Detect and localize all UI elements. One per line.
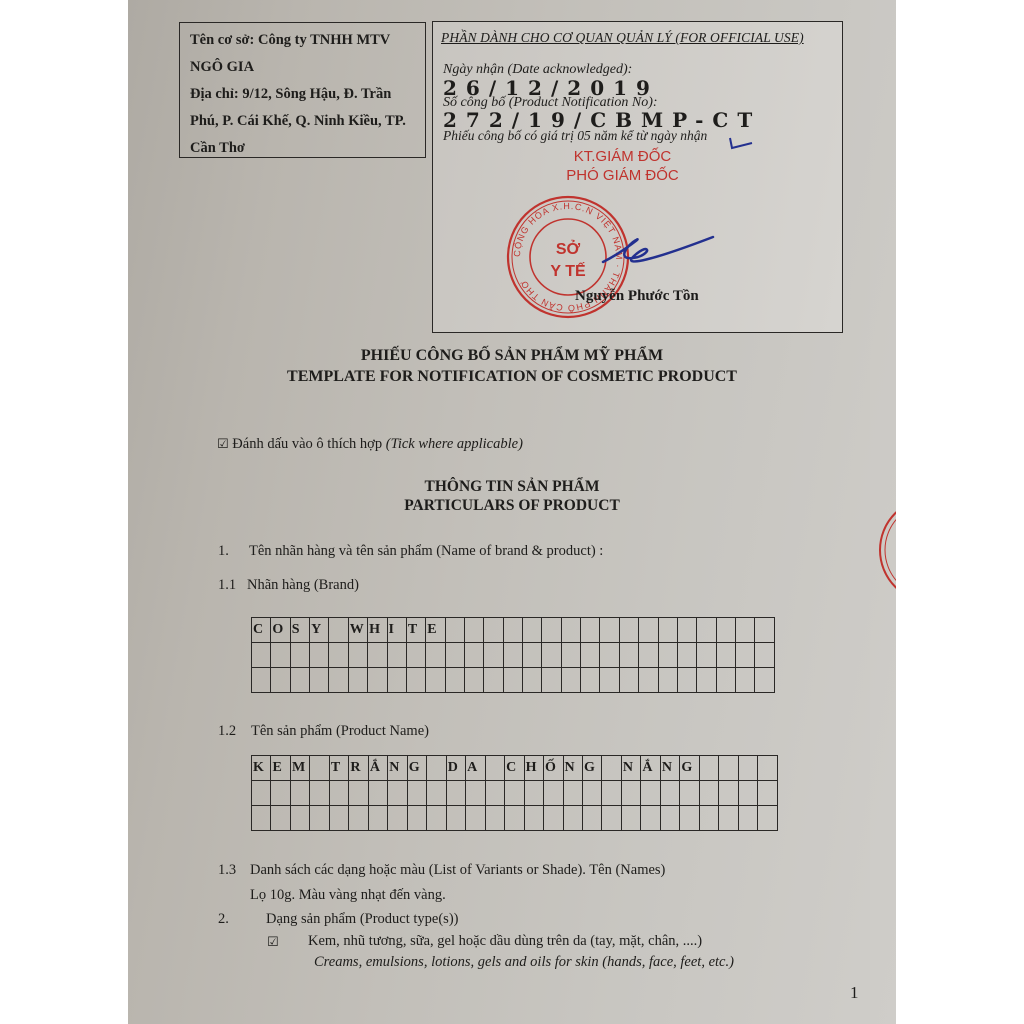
signature-title-1: KT.GIÁM ĐỐC bbox=[418, 148, 827, 165]
product-grid-cell bbox=[544, 781, 563, 806]
product-grid-cell bbox=[466, 781, 485, 806]
product-grid-cell bbox=[738, 806, 757, 831]
product-grid-cell: R bbox=[349, 756, 368, 781]
brand-grid-cell bbox=[658, 618, 677, 643]
brand-grid-cell bbox=[329, 618, 348, 643]
brand-grid-row bbox=[252, 643, 775, 668]
brand-grid-cell bbox=[252, 668, 271, 693]
brand-grid-cell bbox=[406, 668, 425, 693]
brand-grid-cell bbox=[329, 643, 348, 668]
official-use-title: PHẦN DÀNH CHO CƠ QUAN QUẢN LÝ (FOR OFFIC… bbox=[441, 30, 804, 46]
brand-grid-cell bbox=[561, 618, 580, 643]
item-1-3-value: Lọ 10g. Màu vàng nhạt đến vàng. bbox=[250, 887, 446, 904]
product-grid-cell bbox=[485, 806, 504, 831]
brand-grid-cell bbox=[600, 643, 619, 668]
brand-grid-cell bbox=[310, 643, 329, 668]
product-grid-cell bbox=[388, 781, 407, 806]
establishment-line: Cần Thơ bbox=[190, 135, 425, 162]
brand-grid-cell bbox=[348, 668, 367, 693]
brand-grid-cell bbox=[426, 668, 445, 693]
brand-grid-cell bbox=[677, 618, 696, 643]
item-1-label: Tên nhãn hàng và tên sản phẩm (Name of b… bbox=[249, 543, 603, 560]
product-grid-cell bbox=[699, 806, 718, 831]
product-grid-cell: N bbox=[563, 756, 582, 781]
brand-grid-cell bbox=[464, 643, 483, 668]
product-grid-cell bbox=[563, 781, 582, 806]
product-grid-cell: G bbox=[582, 756, 601, 781]
brand-grid-cell: W bbox=[348, 618, 367, 643]
brand-grid-cell bbox=[329, 668, 348, 693]
product-grid-cell bbox=[582, 781, 601, 806]
product-grid-row bbox=[252, 806, 778, 831]
product-grid-cell bbox=[329, 806, 348, 831]
product-grid-cell bbox=[349, 781, 368, 806]
brand-grid-cell bbox=[677, 668, 696, 693]
product-grid-cell bbox=[290, 806, 309, 831]
brand-grid-cell bbox=[697, 668, 716, 693]
brand-grid-cell bbox=[368, 668, 387, 693]
brand-grid-cell bbox=[639, 643, 658, 668]
brand-grid-cell bbox=[445, 668, 464, 693]
product-grid-cell: T bbox=[329, 756, 348, 781]
product-grid-cell bbox=[485, 781, 504, 806]
product-grid-cell bbox=[446, 781, 465, 806]
product-grid-cell bbox=[758, 781, 778, 806]
product-grid-cell bbox=[524, 806, 543, 831]
brand-grid-cell: H bbox=[368, 618, 387, 643]
product-grid-cell bbox=[738, 781, 757, 806]
brand-grid-cell bbox=[600, 668, 619, 693]
brand-grid-cell bbox=[523, 618, 542, 643]
svg-text:SỞ: SỞ bbox=[556, 239, 581, 258]
item-1-1-label: Nhãn hàng (Brand) bbox=[247, 577, 359, 594]
product-grid-cell bbox=[407, 781, 426, 806]
signature-icon bbox=[593, 222, 723, 282]
product-grid-cell bbox=[310, 806, 329, 831]
product-grid-cell bbox=[271, 781, 290, 806]
brand-grid-cell bbox=[290, 668, 309, 693]
brand-grid-cell bbox=[716, 618, 735, 643]
brand-grid-cell bbox=[387, 668, 406, 693]
product-name-grid: KEMTRẮNGDACHỐNGNẮNG bbox=[251, 755, 778, 831]
product-grid-cell bbox=[621, 806, 640, 831]
brand-grid-cell bbox=[368, 643, 387, 668]
product-grid-cell bbox=[427, 756, 446, 781]
tick-instruction-vi: Đánh dấu vào ô thích hợp bbox=[232, 436, 382, 452]
product-grid-cell: G bbox=[407, 756, 426, 781]
product-grid-cell: K bbox=[252, 756, 271, 781]
product-grid-cell bbox=[680, 781, 699, 806]
brand-grid-cell: O bbox=[271, 618, 290, 643]
product-grid-cell bbox=[602, 806, 621, 831]
brand-grid: COSYWHITE bbox=[251, 617, 775, 693]
brand-grid-cell bbox=[639, 618, 658, 643]
brand-grid-cell bbox=[503, 668, 522, 693]
brand-grid-cell bbox=[658, 643, 677, 668]
product-grid-cell bbox=[524, 781, 543, 806]
tick-instruction: ☑ Đánh dấu vào ô thích hợp (Tick where a… bbox=[217, 436, 523, 453]
brand-grid-cell bbox=[716, 668, 735, 693]
brand-grid-cell: E bbox=[426, 618, 445, 643]
item-1-2-label: Tên sản phẩm (Product Name) bbox=[251, 723, 429, 740]
brand-grid-cell bbox=[503, 643, 522, 668]
brand-grid-cell bbox=[561, 668, 580, 693]
brand-grid-cell bbox=[523, 668, 542, 693]
document-title-vi: PHIẾU CÔNG BỐ SẢN PHẨM MỸ PHẨM bbox=[128, 347, 896, 365]
product-grid-cell bbox=[660, 781, 679, 806]
product-grid-cell bbox=[368, 781, 387, 806]
product-grid-cell bbox=[719, 756, 738, 781]
brand-grid-cell bbox=[697, 643, 716, 668]
brand-grid-cell bbox=[542, 618, 561, 643]
product-grid-cell bbox=[680, 806, 699, 831]
product-grid-row bbox=[252, 781, 778, 806]
product-grid-cell bbox=[290, 781, 309, 806]
product-grid-cell bbox=[719, 781, 738, 806]
brand-grid-cell bbox=[484, 668, 503, 693]
product-grid-cell bbox=[310, 756, 329, 781]
product-grid-cell bbox=[368, 806, 387, 831]
brand-grid-cell bbox=[310, 668, 329, 693]
product-grid-cell: D bbox=[446, 756, 465, 781]
brand-grid-cell bbox=[561, 643, 580, 668]
product-type-option-vi: Kem, nhũ tương, sữa, gel hoặc dầu dùng t… bbox=[308, 933, 702, 950]
product-grid-cell bbox=[699, 756, 718, 781]
product-grid-cell bbox=[641, 806, 660, 831]
product-grid-cell: M bbox=[290, 756, 309, 781]
brand-grid-cell bbox=[658, 668, 677, 693]
product-grid-cell: Ố bbox=[544, 756, 563, 781]
product-grid-cell bbox=[758, 806, 778, 831]
product-grid-cell bbox=[252, 806, 271, 831]
brand-grid-cell bbox=[600, 618, 619, 643]
product-grid-cell bbox=[505, 781, 524, 806]
brand-grid-cell bbox=[542, 668, 561, 693]
brand-grid-cell bbox=[464, 618, 483, 643]
product-grid-cell: H bbox=[524, 756, 543, 781]
brand-grid-cell bbox=[387, 643, 406, 668]
product-grid-cell bbox=[699, 781, 718, 806]
product-grid-cell bbox=[388, 806, 407, 831]
official-use-box: PHẦN DÀNH CHO CƠ QUAN QUẢN LÝ (FOR OFFIC… bbox=[432, 21, 843, 333]
product-grid-cell: C bbox=[505, 756, 524, 781]
brand-grid-cell bbox=[523, 643, 542, 668]
product-grid-cell: E bbox=[271, 756, 290, 781]
brand-grid-cell bbox=[445, 618, 464, 643]
product-grid-cell bbox=[446, 806, 465, 831]
product-grid-cell bbox=[349, 806, 368, 831]
product-grid-cell bbox=[660, 806, 679, 831]
product-grid-cell bbox=[427, 781, 446, 806]
brand-grid-cell: C bbox=[252, 618, 271, 643]
document-title-en: TEMPLATE FOR NOTIFICATION OF COSMETIC PR… bbox=[128, 368, 896, 386]
brand-grid-cell: S bbox=[290, 618, 309, 643]
product-grid-row: KEMTRẮNGDACHỐNGNẮNG bbox=[252, 756, 778, 781]
brand-grid-cell bbox=[755, 643, 775, 668]
product-grid-cell bbox=[310, 781, 329, 806]
establishment-line: Địa chỉ: 9/12, Sông Hậu, Đ. Trần bbox=[190, 81, 425, 108]
item-1-3-label: Danh sách các dạng hoặc màu (List of Var… bbox=[250, 862, 665, 879]
brand-grid-cell bbox=[639, 668, 658, 693]
product-grid-cell bbox=[582, 806, 601, 831]
product-grid-cell bbox=[427, 806, 446, 831]
brand-grid-row: COSYWHITE bbox=[252, 618, 775, 643]
brand-grid-cell bbox=[735, 668, 754, 693]
tick-instruction-en: (Tick where applicable) bbox=[386, 436, 523, 452]
product-grid-cell bbox=[738, 756, 757, 781]
brand-grid-cell bbox=[271, 643, 290, 668]
product-grid-cell bbox=[544, 806, 563, 831]
product-grid-cell: G bbox=[680, 756, 699, 781]
product-grid-cell bbox=[329, 781, 348, 806]
product-grid-cell: N bbox=[660, 756, 679, 781]
brand-grid-cell bbox=[406, 643, 425, 668]
establishment-line: Tên cơ sở: Công ty TNHH MTV bbox=[190, 27, 425, 54]
product-grid-cell bbox=[505, 806, 524, 831]
svg-text:Y TẾ: Y TẾ bbox=[550, 261, 586, 280]
item-2-label: Dạng sản phẩm (Product type(s)) bbox=[266, 911, 458, 928]
brand-grid-cell bbox=[445, 643, 464, 668]
product-grid-cell bbox=[485, 756, 504, 781]
item-1-1-number: 1.1 bbox=[218, 577, 236, 594]
brand-grid-cell: Y bbox=[310, 618, 329, 643]
brand-grid-cell bbox=[271, 668, 290, 693]
brand-grid-cell bbox=[581, 643, 600, 668]
section-title-vi: THÔNG TIN SẢN PHẨM bbox=[128, 478, 896, 496]
product-grid-cell bbox=[719, 806, 738, 831]
signature-title-2: PHÓ GIÁM ĐỐC bbox=[418, 167, 827, 184]
establishment-line: NGÔ GIA bbox=[190, 54, 425, 81]
product-grid-cell bbox=[271, 806, 290, 831]
item-2-number: 2. bbox=[218, 911, 229, 928]
item-1-3-number: 1.3 bbox=[218, 862, 236, 879]
product-grid-cell: N bbox=[388, 756, 407, 781]
brand-grid-cell bbox=[348, 643, 367, 668]
product-grid-cell: N bbox=[621, 756, 640, 781]
brand-grid-cell bbox=[735, 618, 754, 643]
brand-grid-cell bbox=[755, 668, 775, 693]
brand-grid-cell bbox=[252, 643, 271, 668]
product-grid-cell bbox=[602, 756, 621, 781]
product-grid-cell: Ắ bbox=[368, 756, 387, 781]
brand-grid-row bbox=[252, 668, 775, 693]
product-type-option-en: Creams, emulsions, lotions, gels and oil… bbox=[314, 954, 734, 971]
brand-grid-cell bbox=[503, 618, 522, 643]
product-grid-cell bbox=[758, 756, 778, 781]
item-1-2-number: 1.2 bbox=[218, 723, 236, 740]
product-grid-cell bbox=[563, 806, 582, 831]
product-grid-cell bbox=[621, 781, 640, 806]
page-number: 1 bbox=[850, 983, 859, 1003]
brand-grid-cell bbox=[464, 668, 483, 693]
brand-grid-cell bbox=[619, 643, 638, 668]
brand-grid-cell bbox=[677, 643, 696, 668]
section-title-en: PARTICULARS OF PRODUCT bbox=[128, 497, 896, 515]
establishment-line: Phú, P. Cái Khế, Q. Ninh Kiều, TP. bbox=[190, 108, 425, 135]
signer-name: Nguyễn Phước Tồn bbox=[575, 288, 699, 305]
product-grid-cell: Ắ bbox=[641, 756, 660, 781]
brand-grid-cell bbox=[484, 618, 503, 643]
brand-grid-cell bbox=[619, 668, 638, 693]
brand-grid-cell bbox=[716, 643, 735, 668]
brand-grid-cell bbox=[542, 643, 561, 668]
brand-grid-cell bbox=[735, 643, 754, 668]
brand-grid-cell bbox=[581, 618, 600, 643]
brand-grid-cell bbox=[484, 643, 503, 668]
product-grid-cell bbox=[252, 781, 271, 806]
checkbox-checked-icon: ☑ bbox=[217, 437, 229, 452]
item-1-number: 1. bbox=[218, 543, 229, 560]
product-grid-cell bbox=[466, 806, 485, 831]
brand-grid-cell bbox=[755, 618, 775, 643]
validity-note: Phiếu công bố có giá trị 05 năm kể từ ng… bbox=[443, 128, 707, 144]
product-grid-cell bbox=[602, 781, 621, 806]
brand-grid-cell bbox=[290, 643, 309, 668]
brand-grid-cell bbox=[581, 668, 600, 693]
product-grid-cell: A bbox=[466, 756, 485, 781]
brand-grid-cell bbox=[697, 618, 716, 643]
brand-grid-cell: T bbox=[406, 618, 425, 643]
brand-grid-cell bbox=[426, 643, 445, 668]
brand-grid-cell bbox=[619, 618, 638, 643]
product-grid-cell bbox=[407, 806, 426, 831]
brand-grid-cell: I bbox=[387, 618, 406, 643]
product-type-checkbox[interactable]: ☑ bbox=[267, 935, 279, 950]
establishment-box: Tên cơ sở: Công ty TNHH MTV NGÔ GIA Địa … bbox=[179, 22, 426, 158]
product-grid-cell bbox=[641, 781, 660, 806]
